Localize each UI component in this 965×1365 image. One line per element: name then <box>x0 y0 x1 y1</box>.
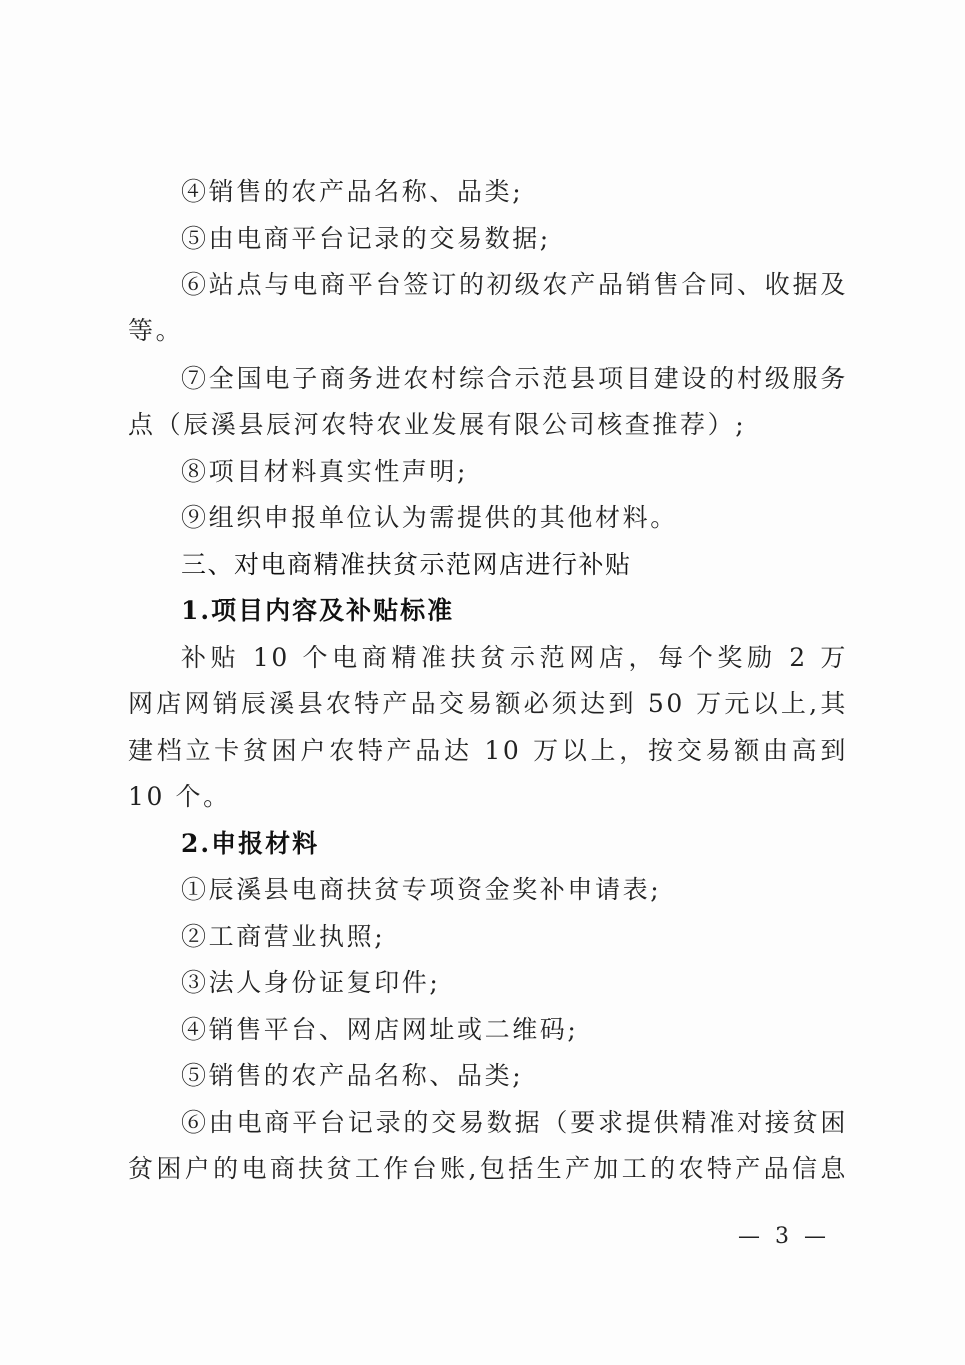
paragraph-line: ⑨组织申报单位认为需提供的其他材料。 <box>181 503 848 533</box>
paragraph-line: 等。 <box>128 316 848 346</box>
paragraph-line: ⑤由电商平台记录的交易数据; <box>181 224 848 254</box>
heading-line: 三、对电商精准扶贫示范网店进行补贴 <box>181 550 848 580</box>
paragraph-line: ①辰溪县电商扶贫专项资金奖补申请表; <box>181 875 848 905</box>
paragraph-line: ⑤销售的农产品名称、品类; <box>181 1061 848 1091</box>
paragraph-line: 补贴 10 个电商精准扶贫示范网店，每个奖励 2 万元，示范 <box>181 643 848 673</box>
paragraph-line: ⑧项目材料真实性声明; <box>181 457 848 487</box>
subheading-line: 1.项目内容及补贴标准 <box>181 596 848 626</box>
paragraph-line: 10 个。 <box>128 782 848 812</box>
document-page: ④销售的农产品名称、品类;⑤由电商平台记录的交易数据;⑥站点与电商平台签订的初级… <box>0 0 965 1365</box>
paragraph-line: 建档立卡贫困户农特产品达 10 万以上，按交易额由高到低取前 <box>128 736 848 766</box>
paragraph-line: 网店网销辰溪县农特产品交易额必须达到 50 万元以上,其中收购 <box>128 689 848 719</box>
paragraph-line: ⑥由电商平台记录的交易数据（要求提供精准对接贫困村和 <box>181 1108 848 1138</box>
paragraph-line: ④销售平台、网店网址或二维码; <box>181 1015 848 1045</box>
page-number: — 3 — <box>738 1223 830 1251</box>
paragraph-line: ②工商营业执照; <box>181 922 848 952</box>
subheading-line: 2.申报材料 <box>181 829 848 859</box>
paragraph-line: ③法人身份证复印件; <box>181 968 848 998</box>
paragraph-line: ⑥站点与电商平台签订的初级农产品销售合同、收据及发票 <box>181 270 848 300</box>
paragraph-line: ⑦全国电子商务进农村综合示范县项目建设的村级服务站 <box>181 364 848 394</box>
paragraph-line: ④销售的农产品名称、品类; <box>181 177 848 207</box>
paragraph-line: 贫困户的电商扶贫工作台账,包括生产加工的农特产品信息名录, <box>128 1154 848 1184</box>
paragraph-line: 点（辰溪县辰河农特农业发展有限公司核查推荐）; <box>128 410 848 440</box>
